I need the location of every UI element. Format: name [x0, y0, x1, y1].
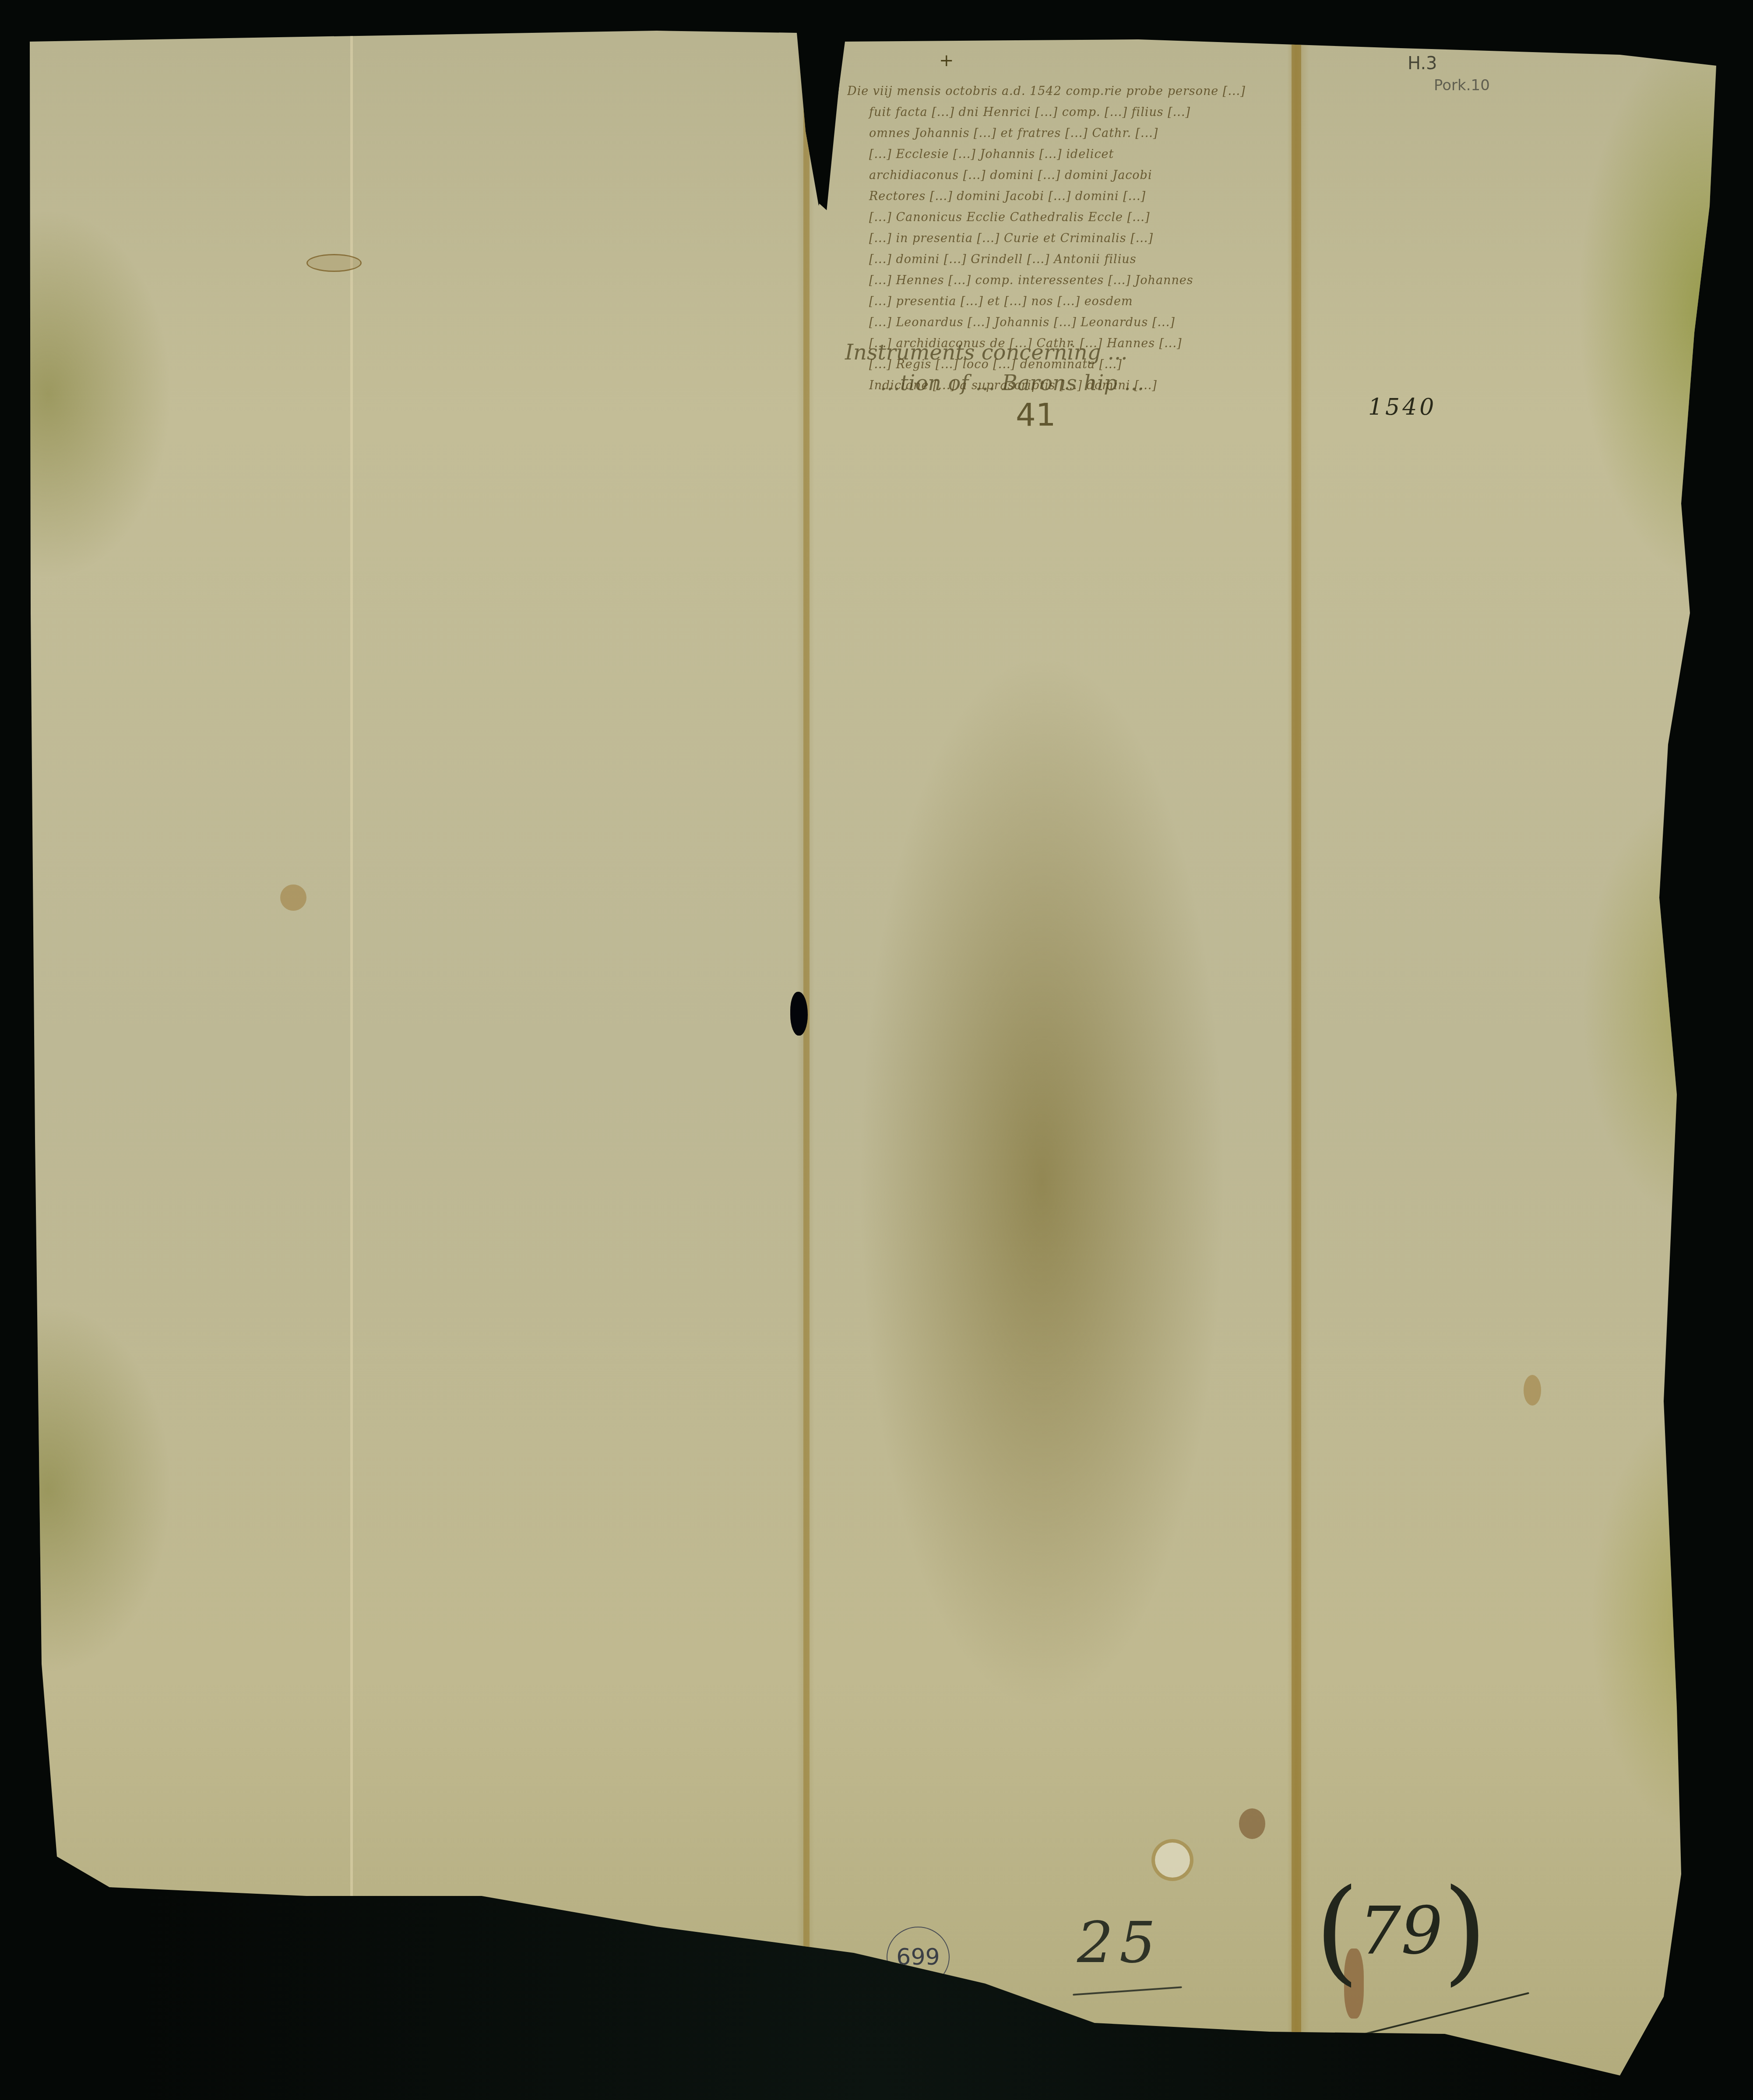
endorsement-line-1: Instruments concerning ...	[845, 340, 1128, 365]
shelfmark: H.3 Pork.10	[1408, 53, 1490, 96]
deed-text-line: [...] Leonardus [...] Johannis [...] Leo…	[847, 312, 1285, 333]
shelfmark-line-1: H.3	[1408, 53, 1437, 74]
water-stain	[1524, 1375, 1541, 1406]
shelfmark-line-2: Pork.10	[1408, 74, 1490, 96]
deed-text-line: [...] domini [...] Grindell [...] Antoni…	[847, 249, 1285, 270]
fold-line	[1292, 0, 1301, 2100]
deed-text-line: fuit facta [...] dni Henrici [...] comp.…	[847, 102, 1285, 123]
deed-text-line: Die viij mensis octobris a.d. 1542 comp.…	[847, 81, 1285, 102]
water-stain	[1151, 1839, 1193, 1881]
water-stain	[280, 884, 306, 911]
fold-line	[350, 0, 353, 2100]
cross-mark: +	[939, 50, 954, 70]
parchment-hole	[790, 992, 808, 1036]
ink-number-41: 41	[1016, 396, 1056, 433]
deed-text-line: [...] Ecclesie [...] Johannis [...] idel…	[847, 144, 1285, 165]
deed-text-line: [...] Canonicus Ecclie Cathedralis Eccle…	[847, 207, 1285, 228]
parenthesized-number-text: 79	[1359, 1893, 1443, 1969]
deed-text-line: [...] Hennes [...] comp. interessentes […	[847, 270, 1285, 291]
deed-text-line: omnes Johannis [...] et fratres [...] Ca…	[847, 123, 1285, 144]
water-stain	[1239, 1808, 1265, 1839]
endorsement-line-2: ...tion of ... Barons hip ...	[845, 368, 1239, 398]
right-paren-icon: )	[1443, 1865, 1487, 1997]
endorsement: Instruments concerning ... ...tion of ..…	[845, 337, 1239, 398]
underline-stroke	[1073, 1986, 1182, 1995]
fold-line	[803, 0, 810, 2100]
deed-text-line: [...] in presentia [...] Curie et Crimin…	[847, 228, 1285, 249]
large-number-25: 25	[1077, 1909, 1162, 1976]
deed-text-line: Rectores [...] domini Jacobi [...] domin…	[847, 186, 1285, 207]
deed-text-line: [...] presentia [...] et [...] nos [...]…	[847, 291, 1285, 312]
parenthesized-number-79: ( 79 )	[1309, 1848, 1493, 2014]
water-stain	[306, 254, 362, 272]
parchment-sheet: + Die viij mensis octobris a.d. 1542 com…	[0, 0, 1753, 2100]
left-paren-icon: (	[1315, 1865, 1359, 1997]
deed-text-line: archidiaconus [...] domini [...] domini …	[847, 165, 1285, 186]
pencil-date: 1540	[1368, 394, 1436, 420]
